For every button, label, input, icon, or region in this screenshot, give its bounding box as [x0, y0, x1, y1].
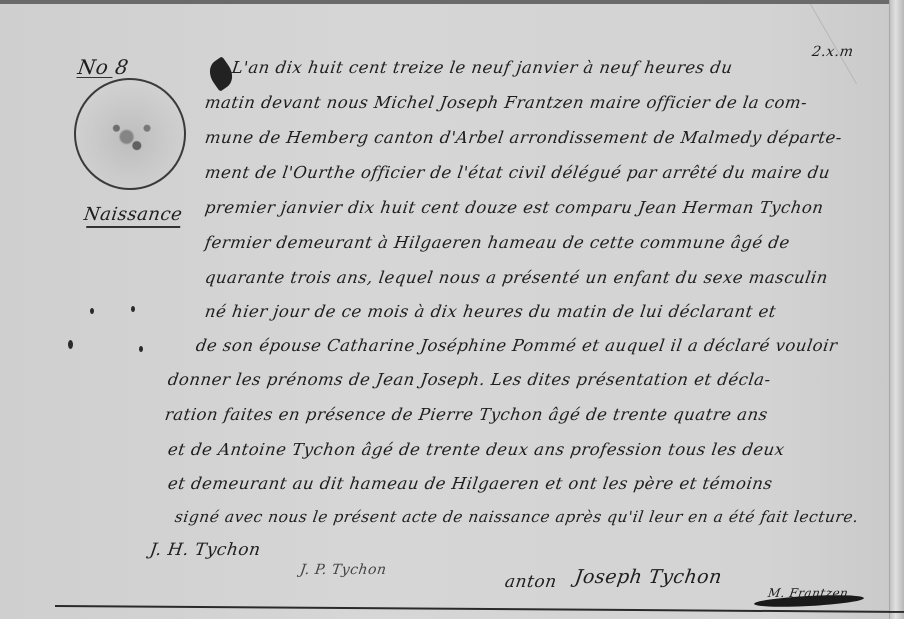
page-mark: 2.x.m	[811, 44, 855, 60]
body-line: mune de Hemberg canton d'Arbel arrondiss…	[204, 128, 844, 147]
binding-strip	[889, 0, 904, 619]
ink-spot	[139, 346, 143, 352]
margin-title-underline	[86, 226, 180, 228]
body-line: matin devant nous Michel Joseph Frantzen…	[204, 93, 809, 112]
seal-stamp-icon	[74, 78, 186, 190]
body-line: ment de l'Ourthe officier de l'état civi…	[204, 163, 832, 182]
margin-title: Naissance	[83, 204, 184, 225]
body-line: et de Antoine Tychon âgé de trente deux …	[167, 440, 786, 459]
margin-title-text: Naissance	[83, 204, 184, 225]
page-top-edge	[0, 0, 904, 4]
body-line: et demeurant au dit hameau de Hilgaeren …	[167, 474, 774, 493]
body-line: premier janvier dix huit cent douze est …	[204, 198, 825, 217]
signature: anton	[504, 572, 558, 592]
body-line: L'an dix huit cent treize le neuf janvie…	[231, 58, 734, 77]
seal-engraving	[96, 105, 164, 163]
ink-spot	[68, 340, 73, 349]
record-number-text: No 8	[76, 55, 130, 79]
record-number: No 8	[76, 55, 130, 78]
signature: Joseph Tychon	[573, 566, 723, 588]
body-line: donner les prénoms de Jean Joseph. Les d…	[167, 370, 772, 389]
body-line: de son épouse Catharine Joséphine Pommé …	[195, 336, 839, 355]
body-line: ration faites en présence de Pierre Tych…	[164, 405, 769, 424]
body-line: fermier demeurant à Hilgaeren hameau de …	[204, 233, 791, 252]
ink-spot	[131, 306, 135, 312]
body-line: quarante trois ans, lequel nous a présen…	[204, 268, 830, 287]
body-line: né hier jour de ce mois à dix heures du …	[204, 302, 778, 321]
body-line: signé avec nous le présent acte de naiss…	[174, 508, 860, 526]
document-page: No 8 2.x.m Naissance L'an dix huit cent …	[0, 0, 904, 619]
signature: J. P. Tychon	[299, 562, 388, 578]
signature: J. H. Tychon	[149, 540, 262, 560]
ink-spot	[90, 308, 94, 314]
